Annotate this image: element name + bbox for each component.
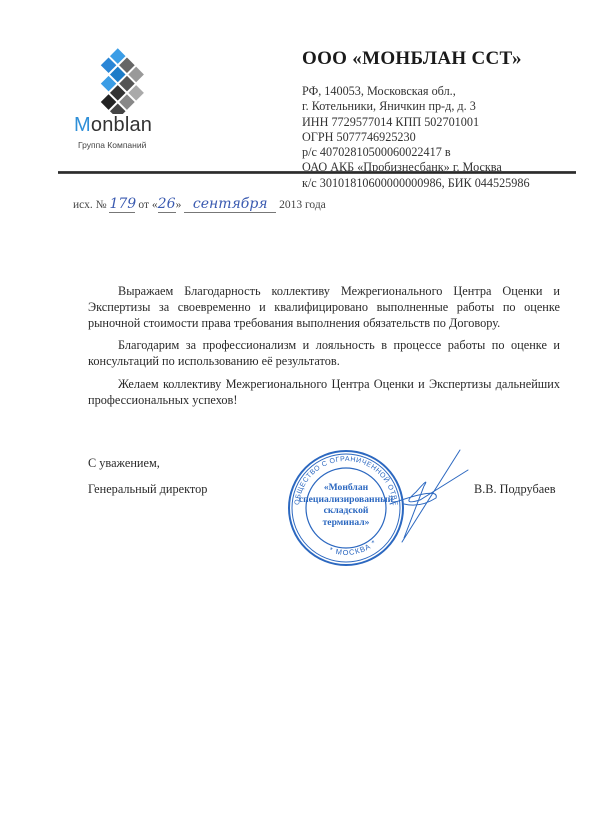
reference-line: исх. № 179 от «26» сентября 2013 года [73, 196, 326, 213]
company-details: РФ, 140053, Московская обл., г. Котельни… [302, 84, 530, 191]
closing-salutation: С уважением, [88, 456, 160, 471]
ref-number: 179 [109, 196, 136, 212]
header-divider [58, 171, 576, 174]
ref-day-close: » [176, 199, 182, 211]
body-paragraph-2: Благодарим за профессионализм и лояльнос… [88, 337, 560, 369]
ref-day-field: 26 [158, 196, 176, 213]
handwritten-signature-icon [360, 446, 470, 546]
ref-month-field: сентября [184, 196, 276, 213]
ref-prefix: исх. № [73, 199, 107, 211]
ref-from-label: от « [138, 199, 157, 211]
body-paragraph-3: Желаем коллективу Межрегионального Центр… [88, 376, 560, 408]
ref-number-field: 179 [109, 196, 135, 213]
company-inn-kpp: ИНН 7729577014 КПП 502701001 [302, 115, 530, 130]
company-address-line-2: г. Котельники, Яничкин пр-д, д. 3 [302, 99, 530, 114]
company-ogrn: ОГРН 5077746925230 [302, 130, 530, 145]
ref-month: сентября [193, 196, 268, 212]
signer-position: Генеральный директор [88, 482, 207, 497]
ref-day: 26 [158, 196, 176, 212]
logo-wordmark: Monblan [74, 114, 152, 137]
company-corr-account: к/с 30101810600000000986, БИК 044525986 [302, 176, 530, 191]
company-header: ООО «МОНБЛАН ССТ» РФ, 140053, Московская… [302, 48, 530, 191]
company-address-line-1: РФ, 140053, Московская обл., [302, 84, 530, 99]
company-logo: Monblan Группа Компаний [74, 42, 164, 152]
body-paragraph-1: Выражаем Благодарность коллективу Межрег… [88, 283, 560, 331]
logo-subtitle: Группа Компаний [78, 140, 146, 150]
logo-diamond-grid-icon [82, 42, 162, 114]
company-account: р/с 40702810500060022417 в [302, 145, 530, 160]
signer-name: В.В. Подрубаев [474, 482, 556, 497]
company-name: ООО «МОНБЛАН ССТ» [302, 48, 530, 70]
ref-year: 2013 года [279, 199, 326, 211]
